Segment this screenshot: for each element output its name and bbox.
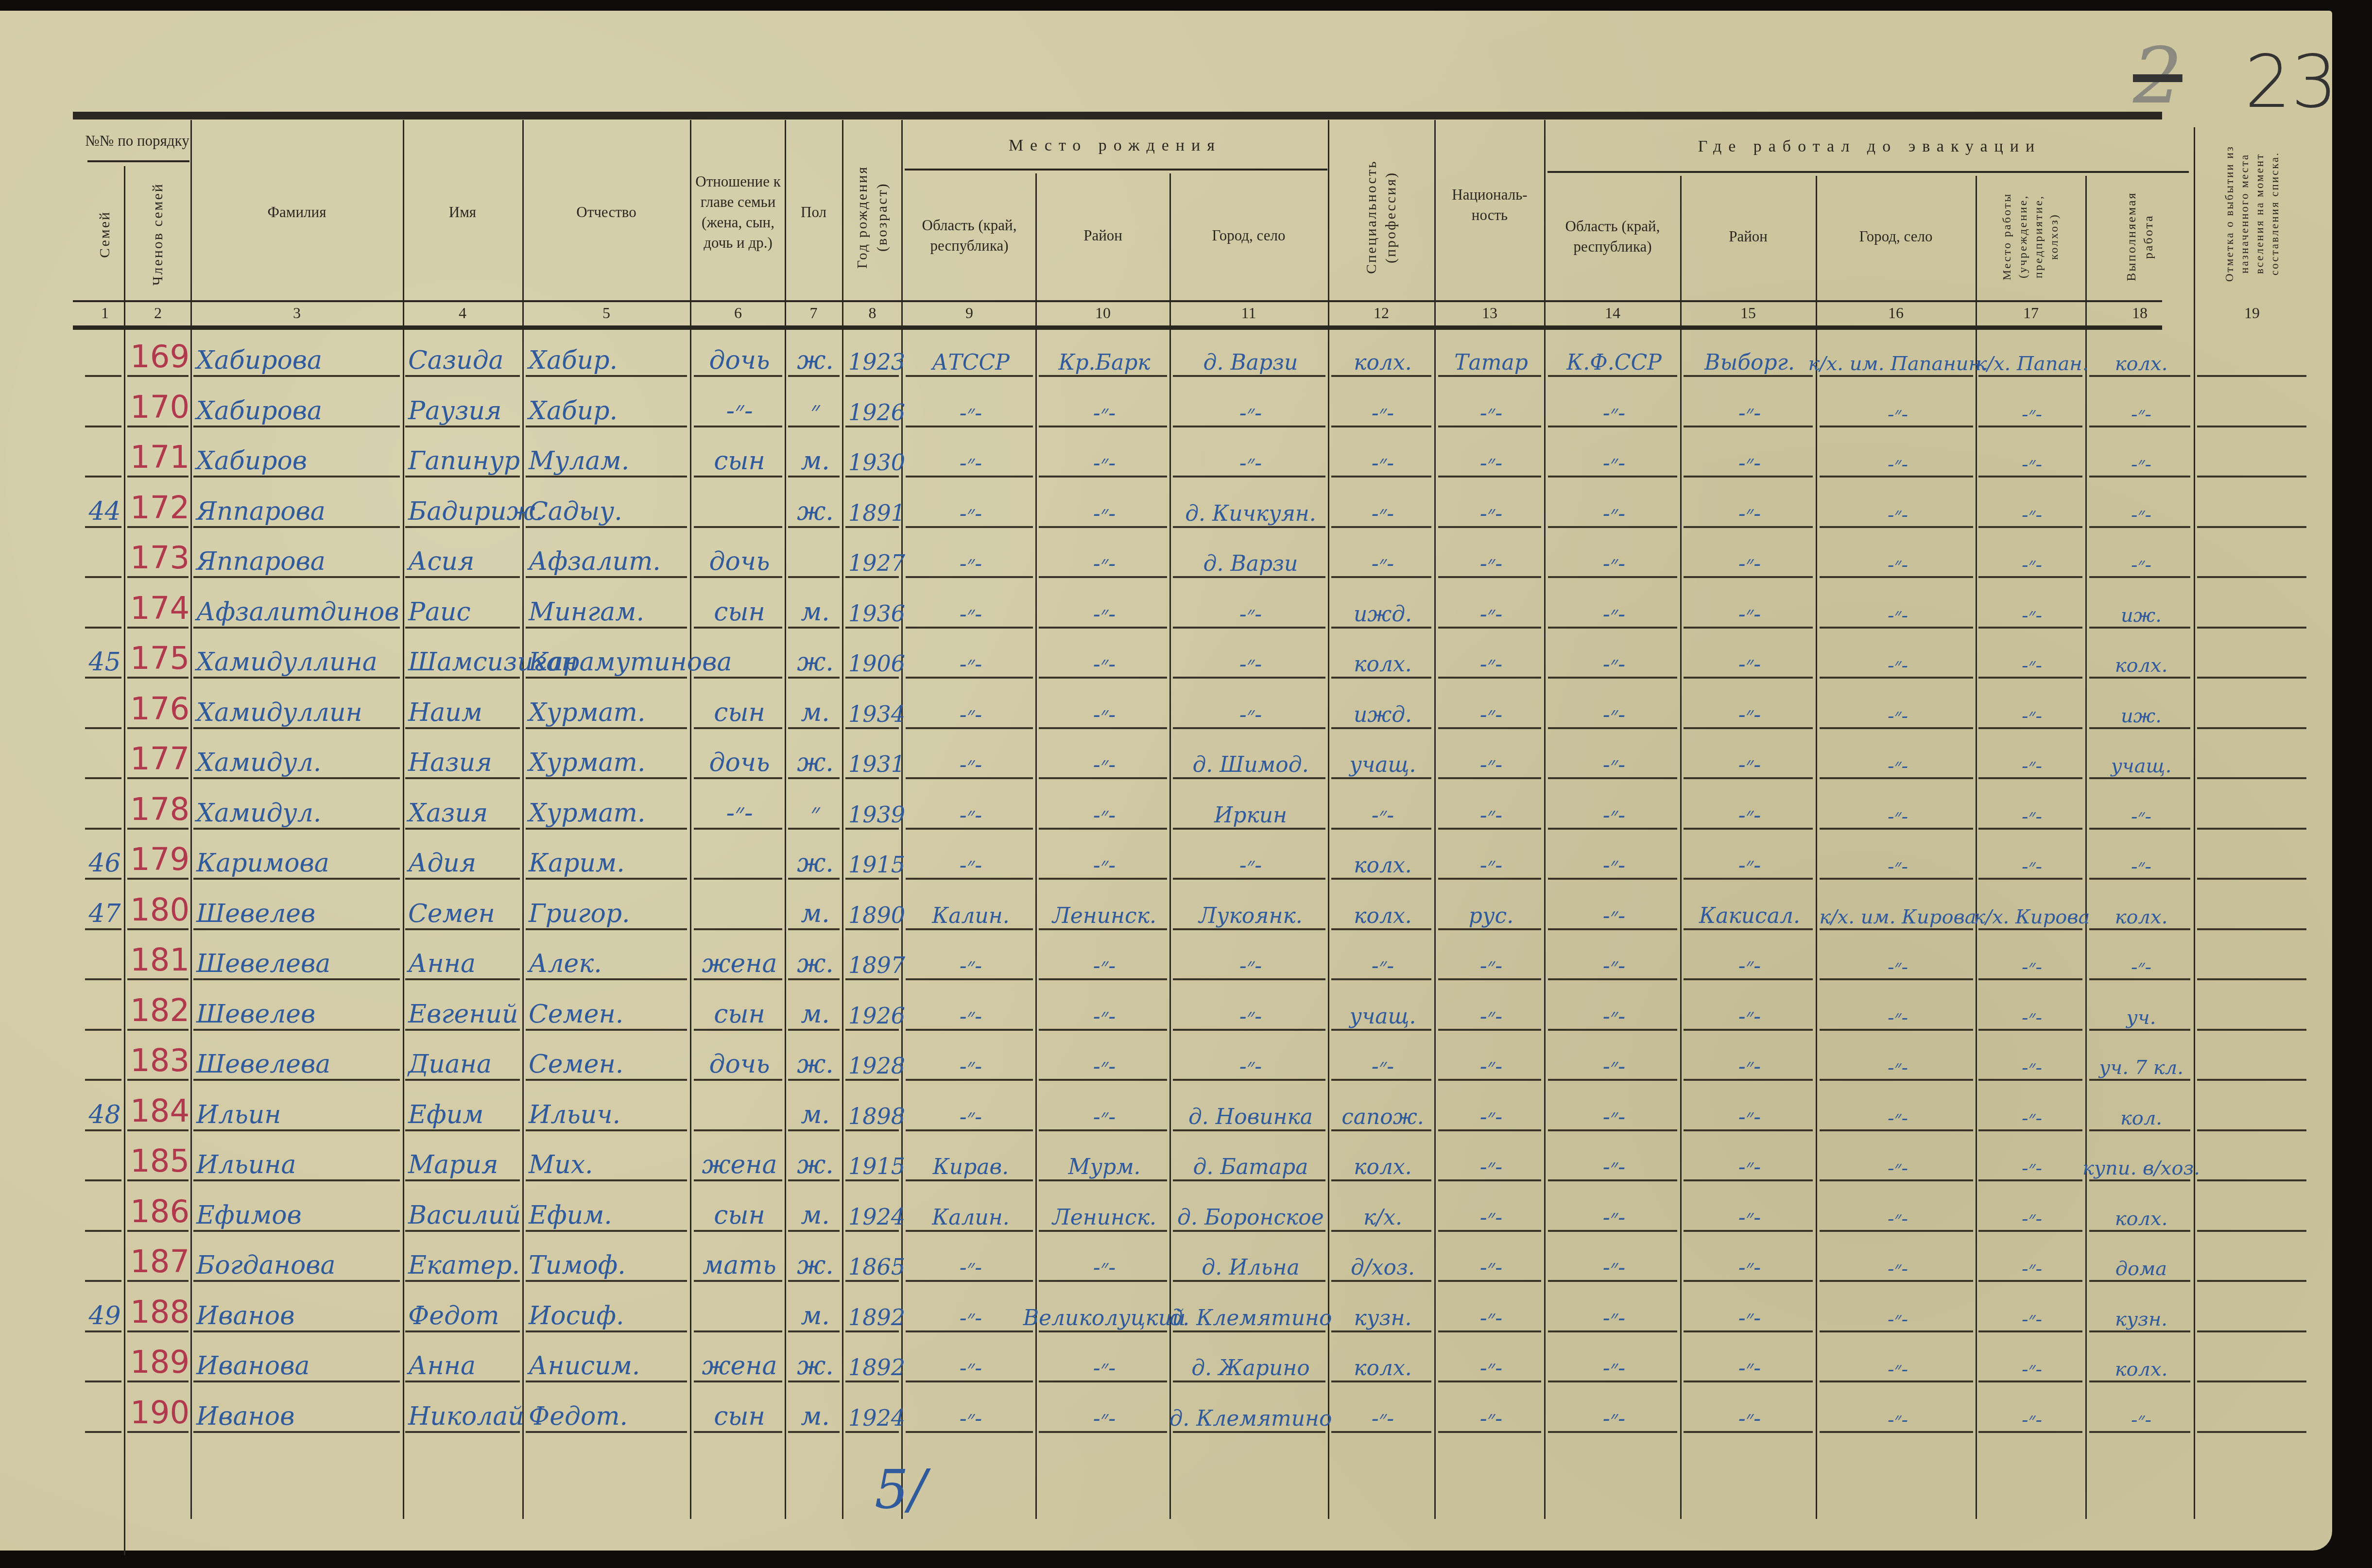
cell-birth-district: -״- [1039,443,1167,477]
cell-relation: сын [694,1399,782,1433]
cell-name: Екатер. [405,1248,520,1282]
cell-work-org: -״- [1978,846,2082,880]
cell-work-region: -״- [1548,1298,1677,1332]
col-number-12: 12 [1330,304,1432,328]
col-number-13: 13 [1436,304,1543,328]
table-row: 177 Хамидул. Назия Хурмат. дочь ж. 1931 … [0,733,2332,782]
header-col-16: Город, село [1818,176,1974,297]
cell-family-no [85,1147,121,1181]
cell-birth-region: -״- [906,393,1033,427]
cell-birth-place: -״- [1173,946,1325,980]
cell-nationality: рус. [1438,896,1541,930]
col-number-15: 15 [1682,304,1814,328]
header-birthplace-group: Место рождения [904,125,1326,166]
cell-birth-district: -״- [1039,1399,1167,1433]
cell-birth-district: -״- [1039,1047,1167,1081]
cell-work-job: -״- [2089,796,2190,830]
cell-birth-district: -״- [1039,695,1167,729]
col-number-1: 1 [87,304,122,328]
cell-nationality: Татар [1438,343,1541,377]
cell-patronymic: Хурмат. [526,745,687,779]
cell-member-no: 171 [127,443,189,477]
cell-family-no [85,1047,121,1081]
cell-sex: м. [788,896,840,930]
cell-departure-note [2197,946,2306,980]
cell-departure-note [2197,796,2306,830]
cell-birth-year: 1915 [845,1147,899,1181]
cell-sex: ״ [788,796,840,830]
cell-surname: Иванов [193,1399,400,1433]
header-text: Отметка о выбытии из назначенного места … [2222,130,2282,297]
cell-sex: м. [788,997,840,1031]
header-text: №№ по порядку [85,131,189,151]
cell-surname: Иванова [193,1348,400,1382]
cell-birth-year: 1897 [845,946,899,980]
cell-sex: ж. [788,745,840,779]
table-row: 46 179 Каримова Адия Карим. ж. 1915 -״- … [0,834,2332,883]
cell-work-place: -״- [1820,393,1973,427]
cell-sex: ж. [788,645,840,679]
cell-birth-region: -״- [906,645,1033,679]
cell-work-district: Какисал. [1684,896,1813,930]
cell-surname: Афзалитдинов [193,595,400,629]
cell-family-no [85,1399,121,1433]
cell-birth-year: 1936 [845,595,899,629]
cell-nationality: -״- [1438,946,1541,980]
header-col-13: Националь-ность [1436,147,1543,263]
cell-nationality: -״- [1438,1399,1541,1433]
cell-sex: м. [788,695,840,729]
cell-birth-region: -״- [906,997,1033,1031]
table-row: 182 Шевелев Евгений Семен. сын м. 1926 -… [0,985,2332,1034]
header-col-17: Место работы (учреждение, предприятие, к… [1977,176,2084,297]
cell-birth-place: д. Шимод. [1173,745,1325,779]
cell-profession: д/хоз. [1331,1248,1431,1282]
cell-departure-note [2197,1399,2306,1433]
cell-member-no: 187 [127,1248,189,1282]
cell-member-no: 176 [127,695,189,729]
cell-departure-note [2197,1248,2306,1282]
cell-surname: Хамидуллин [193,695,400,729]
cell-birth-region: -״- [906,494,1033,528]
cell-work-district: -״- [1684,745,1813,779]
cell-name: Бадириж. [405,494,520,528]
cell-relation [694,846,782,880]
cell-work-district: -״- [1684,1198,1813,1232]
cell-birth-district: Ленинск. [1039,1198,1167,1232]
cell-birth-year: 1923 [845,343,899,377]
header-text: Где работал до эвакуации [1698,136,2041,158]
cell-patronymic: Мулам. [526,443,687,477]
cell-profession: колх. [1331,645,1431,679]
cell-sex: м. [788,1198,840,1232]
table-row: 183 Шевелева Диана Семен. дочь ж. 1928 -… [0,1035,2332,1084]
cell-surname: Хамидул. [193,745,400,779]
cell-birth-place: д. Клемятино [1173,1399,1325,1433]
cell-work-place: к/х. им. Кирова [1820,896,1973,930]
cell-nationality: -״- [1438,645,1541,679]
cell-work-place: -״- [1820,796,1973,830]
cell-birth-district: -״- [1039,1248,1167,1282]
cell-profession: -״- [1331,1047,1431,1081]
cell-name: Асия [405,544,520,578]
cell-work-district: -״- [1684,1348,1813,1382]
cell-work-district: -״- [1684,695,1813,729]
cell-work-place: -״- [1820,443,1973,477]
cell-birth-place: -״- [1173,595,1325,629]
header-numbering-group: №№ по порядку [85,122,189,159]
header-text: Членов семей [148,183,168,286]
cell-birth-place: -״- [1173,443,1325,477]
cell-work-job: уч. [2089,997,2190,1031]
cell-birth-year: 1865 [845,1248,899,1282]
cell-birth-district: -״- [1039,595,1167,629]
header-text: Семей [95,210,115,257]
cell-relation: дочь [694,745,782,779]
cell-work-region: -״- [1548,1147,1677,1181]
cell-work-region: -״- [1548,1248,1677,1282]
cell-nationality: -״- [1438,846,1541,880]
cell-birth-region: -״- [906,595,1033,629]
cell-member-no: 188 [127,1298,189,1332]
cell-work-place: -״- [1820,946,1973,980]
cell-departure-note [2197,896,2306,930]
cell-member-no: 189 [127,1348,189,1382]
cell-name: Николай [405,1399,520,1433]
cell-relation: сын [694,595,782,629]
cell-sex: м. [788,443,840,477]
cell-birth-place: -״- [1173,846,1325,880]
header-text: Район [1729,226,1768,247]
cell-work-district: Выборг. [1684,343,1813,377]
cell-birth-region: -״- [906,1097,1033,1131]
cell-work-org: к/х. Папан. [1978,343,2082,377]
cell-birth-region: Калин. [906,1198,1033,1232]
cell-nationality: -״- [1438,997,1541,1031]
cell-surname: Яппарова [193,494,400,528]
cell-birth-year: 1928 [845,1047,899,1081]
cell-work-district: -״- [1684,1097,1813,1131]
cell-birth-region: -״- [906,1047,1033,1081]
cell-name: Шамсизиган [405,645,520,679]
cell-surname: Хабирова [193,343,400,377]
cell-work-place: -״- [1820,1097,1973,1131]
col-number-18: 18 [2087,304,2192,328]
cell-departure-note [2197,544,2306,578]
cell-departure-note [2197,443,2306,477]
header-text: Место работы (учреждение, предприятие, к… [1999,176,2063,297]
cell-work-job: иж. [2089,595,2190,629]
cell-work-job: кузн. [2089,1298,2190,1332]
header-col-3: Фамилия [192,127,402,297]
cell-birth-region: -״- [906,544,1033,578]
cell-name: Раузия [405,393,520,427]
col-number-7: 7 [786,304,841,328]
cell-relation: жена [694,1348,782,1382]
cell-work-job: иж. [2089,695,2190,729]
cell-work-district: -״- [1684,645,1813,679]
cell-birth-district: -״- [1039,946,1167,980]
cell-profession: сапож. [1331,1097,1431,1131]
cell-nationality: -״- [1438,745,1541,779]
cell-family-no [85,343,121,377]
cell-work-district: -״- [1684,1298,1813,1332]
header-col-10: Район [1037,173,1169,297]
cell-profession: -״- [1331,443,1431,477]
cell-member-no: 177 [127,745,189,779]
col-number-9: 9 [904,304,1035,328]
cell-work-job: -״- [2089,494,2190,528]
page-number: 23 [2245,40,2338,124]
cell-work-org: -״- [1978,745,2082,779]
cell-birth-year: 1931 [845,745,899,779]
cell-sex: м. [788,595,840,629]
cell-sex [788,544,840,578]
header-col-14: Область (край, республика) [1546,176,1679,297]
col-number-2: 2 [126,304,189,328]
cell-profession: -״- [1331,393,1431,427]
cell-member-no: 185 [127,1147,189,1181]
cell-birth-place: д. Варзи [1173,343,1325,377]
header-text: Фамилия [268,202,327,222]
cell-birth-district: -״- [1039,846,1167,880]
cell-birth-year: 1927 [845,544,899,578]
cell-profession: учащ. [1331,745,1431,779]
cell-birth-place: д. Жарино [1173,1348,1325,1382]
cell-name: Адия [405,846,520,880]
col-number-14: 14 [1546,304,1679,328]
cell-work-org: -״- [1978,1047,2082,1081]
cell-work-job: колх. [2089,1348,2190,1382]
cell-surname: Хабирова [193,393,400,427]
cell-birth-place: д. Батара [1173,1147,1325,1181]
cell-departure-note [2197,1047,2306,1081]
cell-work-place: -״- [1820,1147,1973,1181]
cell-birth-region: -״- [906,946,1033,980]
cell-patronymic: Карим. [526,846,687,880]
header-col-11: Город, село [1171,173,1326,297]
cell-work-region: -״- [1548,997,1677,1031]
cell-relation: сын [694,1198,782,1232]
cell-surname: Ильина [193,1147,400,1181]
header-text: Место рождения [1009,135,1221,157]
cell-birth-year: 1890 [845,896,899,930]
cell-name: Гапинур [405,443,520,477]
cell-work-org: -״- [1978,796,2082,830]
header-col-1: Семей [87,171,122,297]
cell-relation: -״- [694,796,782,830]
cell-work-district: -״- [1684,1147,1813,1181]
cell-work-district: -״- [1684,595,1813,629]
cell-birth-year: 1891 [845,494,899,528]
cell-family-no [85,946,121,980]
cell-family-no [85,1248,121,1282]
cell-name: Раис [405,595,520,629]
table-row: 48 184 Ильин Ефим Ильич. м. 1898 -״- -״-… [0,1086,2332,1134]
cell-work-org: -״- [1978,544,2082,578]
cell-relation: сын [694,695,782,729]
cell-birth-region: -״- [906,796,1033,830]
cell-patronymic: Мингам. [526,595,687,629]
cell-birth-place: -״- [1173,393,1325,427]
header-col-18: Выполняемая работа [2087,176,2192,297]
cell-birth-year: 1926 [845,997,899,1031]
group-underline [1547,171,2189,173]
table-row: 173 Яппарова Асия Афзалит. дочь 1927 -״-… [0,532,2332,581]
header-text: Район [1083,225,1122,246]
cell-nationality: -״- [1438,494,1541,528]
table-row: 44 172 Яппарова Бадириж. Садыу. ж. 1891 … [0,482,2332,531]
cell-member-no: 174 [127,595,189,629]
cell-member-no: 183 [127,1047,189,1081]
col-number-5: 5 [524,304,689,328]
header-col-15: Район [1682,176,1814,297]
cell-work-region: -״- [1548,1399,1677,1433]
cell-birth-district: -״- [1039,1097,1167,1131]
table-row: 174 Афзалитдинов Раис Мингам. сын м. 193… [0,583,2332,631]
cell-profession: кузн. [1331,1298,1431,1332]
cell-patronymic: Алек. [526,946,687,980]
cell-work-job: купи. в/хоз. [2089,1147,2190,1181]
cell-work-district: -״- [1684,393,1813,427]
cell-work-district: -״- [1684,1047,1813,1081]
cell-family-no [85,796,121,830]
cell-patronymic: Иосиф. [526,1298,687,1332]
cell-work-org: -״- [1978,946,2082,980]
cell-sex: ж. [788,1047,840,1081]
cell-birth-district: -״- [1039,645,1167,679]
cell-sex: ж. [788,1348,840,1382]
cell-surname: Богданова [193,1248,400,1282]
cell-surname: Каримова [193,846,400,880]
cell-name: Ефим [405,1097,520,1131]
cell-work-region: -״- [1548,595,1677,629]
cell-surname: Иванов [193,1298,400,1332]
cell-profession: -״- [1331,1399,1431,1433]
cell-birth-year: 1930 [845,443,899,477]
cell-departure-note [2197,997,2306,1031]
cell-birth-region: -״- [906,1348,1033,1382]
cell-patronymic: Хурмат. [526,796,687,830]
cell-birth-year: 1906 [845,645,899,679]
cell-birth-region: -״- [906,846,1033,880]
cell-relation: сын [694,443,782,477]
col-number-11: 11 [1171,304,1326,328]
cell-work-job: колх. [2089,645,2190,679]
header-col-6: Отношение к главе семьи (жена, сын, дочь… [692,127,784,297]
cell-birth-region: -״- [906,1248,1033,1282]
table-row: 169 Хабирова Сазида Хабир. дочь ж. 1923 … [0,331,2332,380]
cell-family-no: 49 [85,1298,121,1332]
cell-work-org: -״- [1978,645,2082,679]
cell-member-no: 175 [127,645,189,679]
header-col-8: Год рождения (возраст) [844,137,900,297]
cell-work-org: -״- [1978,1399,2082,1433]
header-text: Год рождения (возраст) [853,137,892,297]
cell-sex: ж. [788,343,840,377]
cell-sex: м. [788,1097,840,1131]
cell-family-no [85,695,121,729]
cell-work-job: колх. [2089,343,2190,377]
cell-member-no: 182 [127,997,189,1031]
cell-family-no: 47 [85,896,121,930]
cell-departure-note [2197,1198,2306,1232]
cell-birth-place: д. Клемяти­но [1173,1298,1325,1332]
cell-patronymic: Ильич. [526,1097,687,1131]
cell-birth-year: 1892 [845,1298,899,1332]
cell-work-job: колх. [2089,896,2190,930]
cell-member-no: 180 [127,896,189,930]
cell-nationality: -״- [1438,695,1541,729]
cell-nationality: -״- [1438,1298,1541,1332]
cell-family-no [85,595,121,629]
cell-family-no: 45 [85,645,121,679]
cell-nationality: -״- [1438,443,1541,477]
table-row: 187 Богданова Екатер. Тимоф. мать ж. 186… [0,1236,2332,1285]
cell-birth-year: 1934 [845,695,899,729]
cell-birth-place: д. Кичкуян. [1173,494,1325,528]
header-col-5: Отчество [524,127,689,297]
col-number-19: 19 [2196,304,2308,328]
cell-member-no: 170 [127,393,189,427]
cell-relation [694,494,782,528]
cell-name: Мария [405,1147,520,1181]
cell-work-region: -״- [1548,946,1677,980]
cell-patronymic: Семен. [526,1047,687,1081]
cell-work-region: -״- [1548,1047,1677,1081]
cell-work-org: -״- [1978,595,2082,629]
cell-work-org: -״- [1978,443,2082,477]
cell-member-no: 181 [127,946,189,980]
cell-birth-district: Ленинск. [1039,896,1167,930]
cell-work-region: -״- [1548,896,1677,930]
cell-surname: Шевелев [193,896,400,930]
cell-departure-note [2197,494,2306,528]
cell-member-no: 184 [127,1097,189,1131]
cell-birth-region: -״- [906,443,1033,477]
cell-nationality: -״- [1438,1097,1541,1131]
cell-nationality: -״- [1438,393,1541,427]
cell-relation: -״- [694,393,782,427]
cell-profession: колх. [1331,1147,1431,1181]
cell-work-region: -״- [1548,494,1677,528]
cell-work-job: кол. [2089,1097,2190,1131]
cell-work-job: -״- [2089,443,2190,477]
cell-member-no: 178 [127,796,189,830]
header-col-12: Специальность (профессия) [1330,137,1432,297]
cell-work-region: -״- [1548,443,1677,477]
table-row: 189 Иванова Анна Анисим. жена ж. 1892 -״… [0,1337,2332,1385]
cell-relation: жена [694,1147,782,1181]
table-row: 178 Хамидул. Хазия Хурмат. -״- ״ 1939 -״… [0,784,2332,833]
cell-relation: сын [694,997,782,1031]
header-text: Отношение к главе семьи (жена, сын, дочь… [692,171,784,253]
cell-patronymic: Ефим. [526,1198,687,1232]
cell-work-district: -״- [1684,846,1813,880]
cell-work-region: -״- [1548,796,1677,830]
cell-work-place: -״- [1820,1198,1973,1232]
cell-work-district: -״- [1684,997,1813,1031]
table-row: 181 Шевелева Анна Алек. жена ж. 1897 -״-… [0,935,2332,983]
cell-profession: колх. [1331,896,1431,930]
cell-work-place: -״- [1820,1348,1973,1382]
cell-patronymic: Садыу. [526,494,687,528]
cell-birth-place: д. Боронское [1173,1198,1325,1232]
cell-birth-region: -״- [906,695,1033,729]
cell-birth-place: Лукоянк. [1173,896,1325,930]
cell-name: Назия [405,745,520,779]
cell-profession: колх. [1331,343,1431,377]
